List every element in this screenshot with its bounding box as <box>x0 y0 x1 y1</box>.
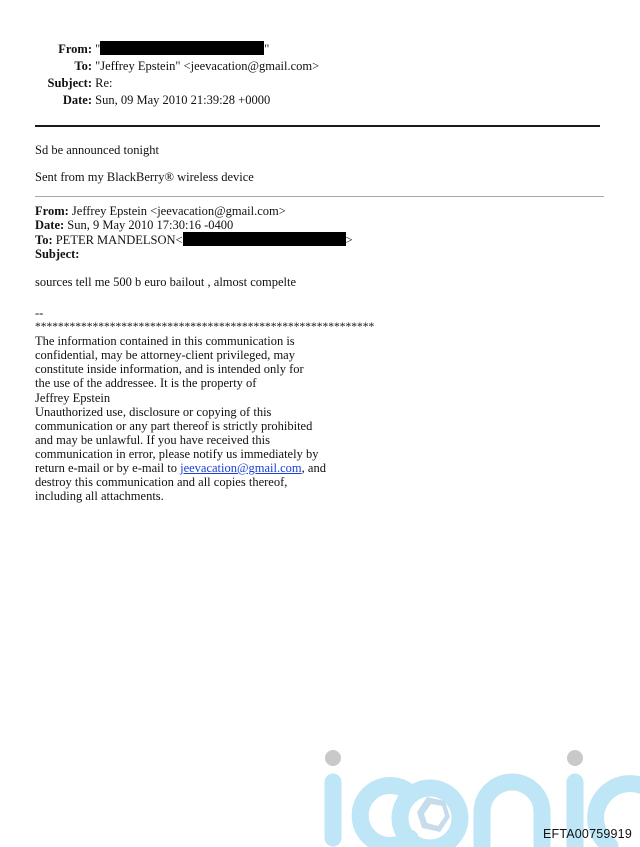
hexagon-icon <box>417 797 450 832</box>
quoted-from-value: Jeffrey Epstein <jeevacation@gmail.com> <box>72 204 286 218</box>
dot-icon <box>567 750 583 766</box>
reply-signature: Sent from my BlackBerry® wireless device <box>35 170 254 185</box>
disclaimer: -- *************************************… <box>35 306 374 503</box>
quoted-date-value: Sun, 9 May 2010 17:30:16 -0400 <box>67 218 233 232</box>
reply-body: Sd be announced tonight <box>35 143 159 158</box>
disclaimer-line: the use of the addressee. It is the prop… <box>35 376 374 390</box>
quoted-date-label: Date: <box>35 218 64 232</box>
disclaimer-line: destroy this communication and all copie… <box>35 475 374 489</box>
header-subject-row: Subject: Re: <box>0 76 112 91</box>
disclaimer-line: communication in error, please notify us… <box>35 447 374 461</box>
separator-stars: ****************************************… <box>35 320 374 334</box>
quoted-to-row: To: PETER MANDELSON<> <box>35 232 353 248</box>
header-to-row: To: "Jeffrey Epstein" <jeevacation@gmail… <box>0 59 319 74</box>
disclaimer-line: Unauthorized use, disclosure or copying … <box>35 405 374 419</box>
quoted-to-label: To: <box>35 233 53 247</box>
quoted-message-header: From: Jeffrey Epstein <jeevacation@gmail… <box>35 205 353 261</box>
bates-number: EFTA00759919 <box>543 827 632 841</box>
quoted-body: sources tell me 500 b euro bailout , alm… <box>35 275 296 290</box>
header-from-row: From: "" <box>0 41 269 57</box>
date-value: Sun, 09 May 2010 21:39:28 +0000 <box>95 93 270 107</box>
redaction-box <box>100 41 264 55</box>
subject-label: Subject: <box>0 76 92 91</box>
disclaimer-line: confidential, may be attorney-client pri… <box>35 348 374 362</box>
disclaimer-line: communication or any part thereof is str… <box>35 419 374 433</box>
return-suffix: , and <box>302 461 326 475</box>
to-value: "Jeffrey Epstein" <jeevacation@gmail.com… <box>95 59 319 73</box>
quoted-to-value: PETER MANDELSON< <box>56 233 183 247</box>
return-prefix: return e-mail or by e-mail to <box>35 461 180 475</box>
disclaimer-line: The information contained in this commun… <box>35 334 374 348</box>
quoted-divider <box>35 196 604 197</box>
disclaimer-line: and may be unlawful. If you have receive… <box>35 433 374 447</box>
disclaimer-line: Jeffrey Epstein <box>35 391 374 405</box>
quoted-date-row: Date: Sun, 9 May 2010 17:30:16 -0400 <box>35 219 353 233</box>
subject-value: Re: <box>95 76 112 90</box>
disclaimer-return-line: return e-mail or by e-mail to jeevacatio… <box>35 461 374 475</box>
from-close-quote: " <box>264 42 269 56</box>
quoted-from-row: From: Jeffrey Epstein <jeevacation@gmail… <box>35 205 353 219</box>
date-label: Date: <box>0 93 92 108</box>
header-divider <box>35 125 600 127</box>
dot-icon <box>325 750 341 766</box>
quoted-subject-label: Subject: <box>35 247 79 261</box>
disclaimer-line: including all attachments. <box>35 489 374 503</box>
separator-dash: -- <box>35 306 374 320</box>
header-date-row: Date: Sun, 09 May 2010 21:39:28 +0000 <box>0 93 270 108</box>
from-label: From: <box>0 42 92 57</box>
quoted-to-close: > <box>346 233 353 247</box>
quoted-subject-row: Subject: <box>35 248 353 262</box>
quoted-from-label: From: <box>35 204 69 218</box>
disclaimer-line: constitute inside information, and is in… <box>35 362 374 376</box>
redaction-box <box>183 232 346 246</box>
email-link[interactable]: jeevacation@gmail.com <box>180 461 302 475</box>
to-label: To: <box>0 59 92 74</box>
